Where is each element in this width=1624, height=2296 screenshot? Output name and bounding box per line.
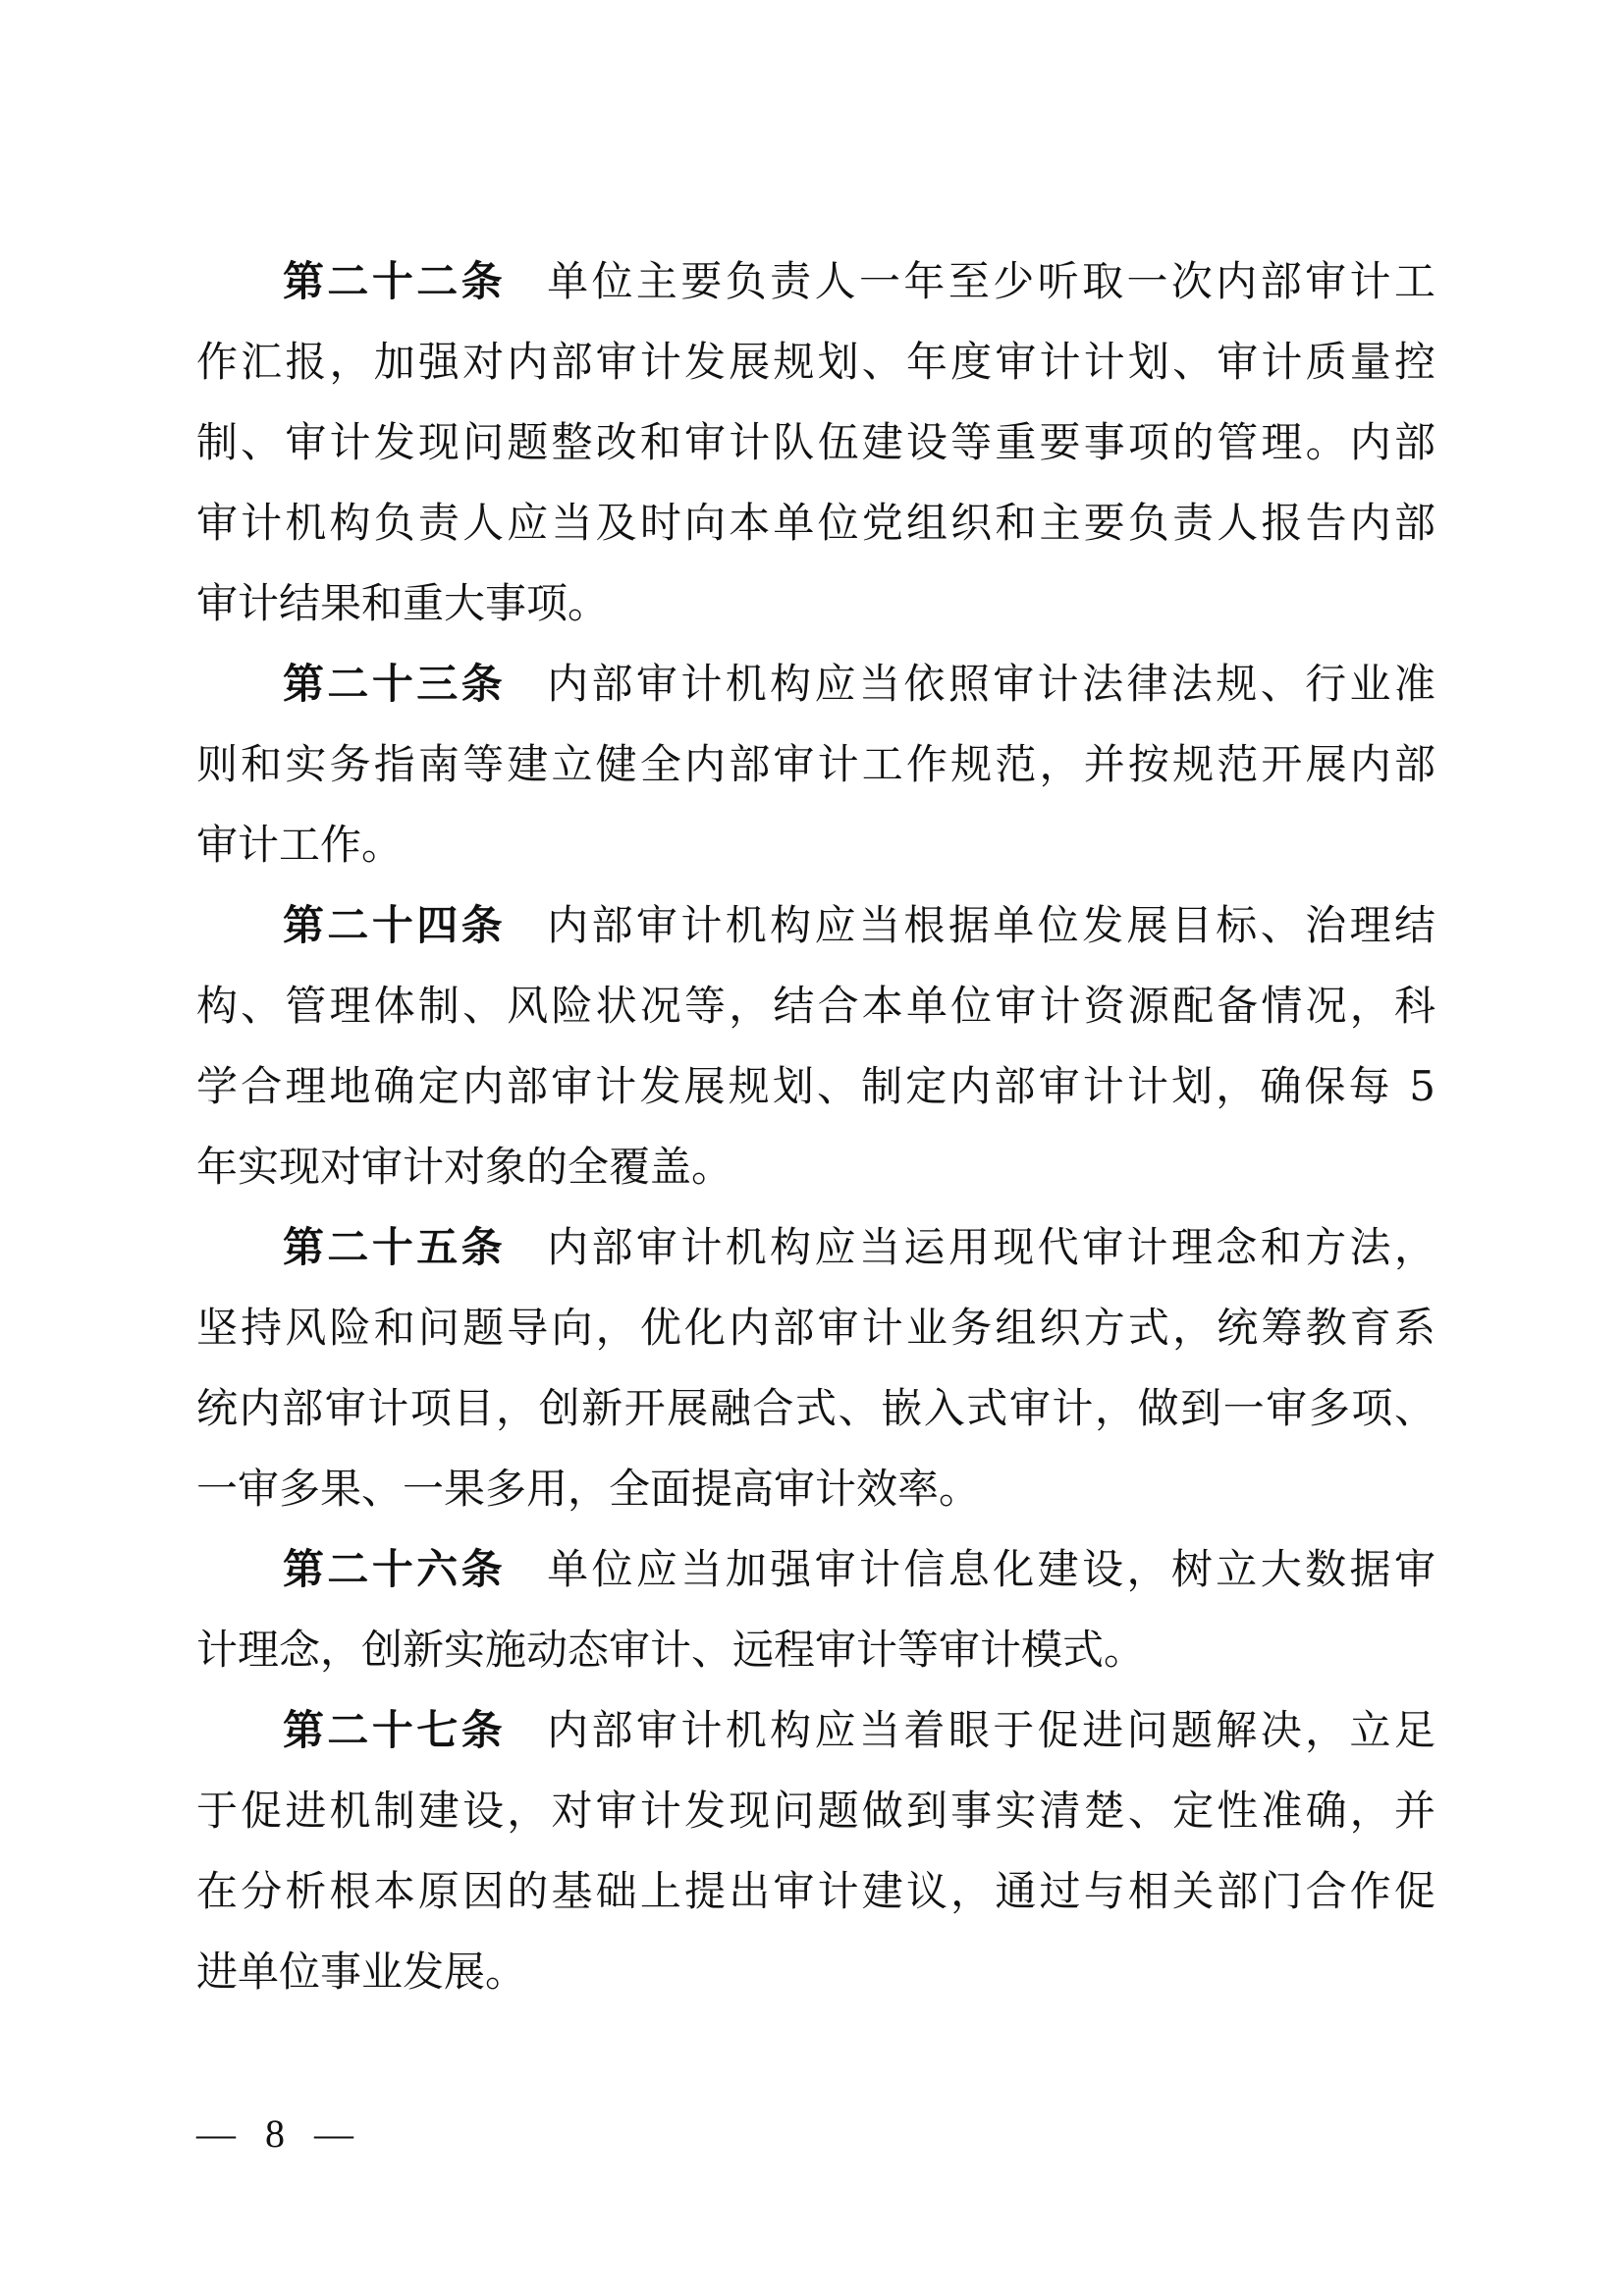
article-27-line-1: 第二十七条内部审计机构应当着眼于促进问题解决，立足 xyxy=(283,1690,1435,1771)
article-title: 第二十七条 xyxy=(283,1706,506,1754)
article-25-line-2: 坚持风险和问题导向，优化内部审计业务组织方式，统筹教育系 xyxy=(196,1288,1435,1368)
article-26-line-1: 第二十六条单位应当加强审计信息化建设，树立大数据审 xyxy=(283,1529,1435,1610)
article-22-line-4: 审计机构负责人应当及时向本单位党组织和主要负责人报告内部 xyxy=(196,483,1435,563)
article-25-line-1: 第二十五条内部审计机构应当运用现代审计理念和方法， xyxy=(283,1207,1435,1288)
article-title: 第二十五条 xyxy=(283,1223,506,1271)
article-24-line-1: 第二十四条内部审计机构应当根据单位发展目标、治理结 xyxy=(283,885,1435,966)
article-27-line-2: 于促进机制建设，对审计发现问题做到事实清楚、定性准确，并 xyxy=(196,1771,1435,1851)
document-page: 第二十二条单位主要负责人一年至少听取一次内部审计工 作汇报，加强对内部审计发展规… xyxy=(0,0,1624,2296)
article-26-line-2: 计理念，创新实施动态审计、远程审计等审计模式。 xyxy=(196,1610,1435,1690)
article-22-line-2: 作汇报，加强对内部审计发展规划、年度审计计划、审计质量控 xyxy=(196,322,1435,402)
article-27-line-3: 在分析根本原因的基础上提出审计建议，通过与相关部门合作促 xyxy=(196,1851,1435,1932)
article-title: 第二十三条 xyxy=(283,660,506,708)
article-27-line-4: 进单位事业发展。 xyxy=(196,1932,1435,2012)
article-title: 第二十二条 xyxy=(283,257,506,305)
article-24-line-2: 构、管理体制、风险状况等，结合本单位审计资源配备情况，科 xyxy=(196,966,1435,1046)
article-22-line-5: 审计结果和重大事项。 xyxy=(196,563,1435,644)
article-22-line-1: 第二十二条单位主要负责人一年至少听取一次内部审计工 xyxy=(283,241,1435,322)
article-23-line-3: 审计工作。 xyxy=(196,805,1435,885)
article-23-line-2: 则和实务指南等建立健全内部审计工作规范，并按规范开展内部 xyxy=(196,724,1435,805)
article-25-line-4: 一审多果、一果多用，全面提高审计效率。 xyxy=(196,1449,1435,1529)
article-23-line-1: 第二十三条内部审计机构应当依照审计法律法规、行业准 xyxy=(283,644,1435,724)
article-title: 第二十六条 xyxy=(283,1545,506,1593)
article-title: 第二十四条 xyxy=(283,901,506,949)
article-22-line-3: 制、审计发现问题整改和审计队伍建设等重要事项的管理。内部 xyxy=(196,402,1435,483)
article-24-line-4: 年实现对审计对象的全覆盖。 xyxy=(196,1127,1435,1207)
article-25-line-3: 统内部审计项目，创新开展融合式、嵌入式审计，做到一审多项、 xyxy=(196,1368,1435,1449)
article-24-line-3: 学合理地确定内部审计发展规划、制定内部审计计划，确保每 5 xyxy=(196,1046,1435,1127)
page-number: — 8 — xyxy=(196,2110,363,2157)
